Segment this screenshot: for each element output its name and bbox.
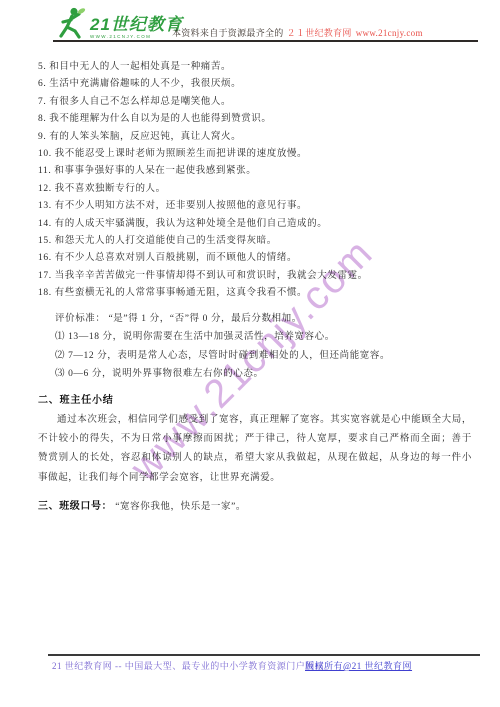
header-divider: [53, 40, 478, 42]
footer-divider: [48, 654, 480, 656]
question-item: 17. 当我辛辛苦苦做完一件事情却得不到认可和赏识时，我就会大发雷霆。: [38, 268, 472, 285]
runner-icon: [52, 5, 88, 41]
section3-row: 三、班级口号：“宽容你我他，快乐是一家”。: [38, 497, 472, 512]
evaluation-criterion: ⑴ 13—18 分，说明你需要在生活中加强灵活性，培养宽容心。: [55, 328, 472, 347]
evaluation-criterion: ⑶ 0—6 分，说明外界事物很难左右你的心态。: [55, 365, 472, 384]
brand-logo: 21世纪教育 WWW.21CNJY.COM: [52, 6, 183, 41]
question-item: 6. 生活中充满庸俗趣味的人不少，我很厌烦。: [38, 76, 472, 93]
evaluation-block: 评价标准： “是”得 1 分，“否”得 0 分，最后分数相加。 ⑴ 13—18 …: [38, 310, 472, 384]
footer-site-text: 21 世纪教育网 -- 中国最大型、最专业的中小学教育资源门户网站。: [52, 659, 334, 672]
question-item: 7. 有很多人自己不怎么样却总是嘲笑他人。: [38, 94, 472, 111]
question-item: 15. 和怨天尤人的人打交道能使自己的生活变得灰暗。: [38, 233, 472, 250]
section2-paragraph: 通过本次班会，相信同学们感受到了宽容，真正理解了宽容。其实宽容就是心中能顾全大局…: [38, 411, 472, 488]
question-item: 5. 和目中无人的人一起相处真是一种痛苦。: [38, 59, 472, 76]
question-item: 10. 我不能忍受上课时老师为照顾差生而把讲课的速度放慢。: [38, 146, 472, 163]
document-body: 5. 和目中无人的人一起相处真是一种痛苦。 6. 生活中充满庸俗趣味的人不少，我…: [38, 59, 472, 512]
class-slogan: “宽容你我他，快乐是一家”。: [115, 502, 246, 512]
evaluation-title: 评价标准： “是”得 1 分，“否”得 0 分，最后分数相加。: [55, 310, 472, 329]
question-item: 8. 我不能理解为什么自以为是的人也能得到赞赏识。: [38, 111, 472, 128]
question-item: 16. 有不少人总喜欢对别人百般挑剔，而不顾他人的情绪。: [38, 250, 472, 267]
question-item: 12. 我不喜欢独断专行的人。: [38, 181, 472, 198]
logo-tagline: WWW.21CNJY.COM: [90, 35, 183, 40]
question-item: 14. 有的人成天牢骚满腹，我认为这种处境全是他们自己造成的。: [38, 216, 472, 233]
document-page: 21世纪教育 WWW.21CNJY.COM 本资料来自于资源最齐全的２１世纪教育…: [0, 0, 500, 707]
question-item: 9. 有的人笨头笨脑，反应迟钝，真让人窝火。: [38, 129, 472, 146]
section3-heading: 三、班级口号：: [38, 501, 112, 512]
notice-url-link[interactable]: www.21cnjy.com: [356, 28, 423, 38]
notice-prefix: 本资料来自于资源最齐全的: [172, 28, 284, 38]
copyright-link[interactable]: 版权所有@21 世纪教育网: [305, 659, 412, 672]
header-notice: 本资料来自于资源最齐全的２１世纪教育网www.21cnjy.com: [172, 26, 423, 39]
notice-brand: ２１世纪教育网: [287, 28, 352, 38]
evaluation-criterion: ⑵ 7—12 分，表明是常人心态，尽管时时碰到难相处的人，但还尚能宽容。: [55, 347, 472, 366]
question-item: 11. 和事事争强好事的人呆在一起使我感到紧张。: [38, 163, 472, 180]
question-list: 5. 和目中无人的人一起相处真是一种痛苦。 6. 生活中充满庸俗趣味的人不少，我…: [38, 59, 472, 303]
logo-text: 21世纪教育 WWW.21CNJY.COM: [90, 16, 183, 42]
question-item: 13. 有不少人明知方法不对，还非要别人按照他的意见行事。: [38, 198, 472, 215]
question-item: 18. 有些蛮横无礼的人常常事事畅通无阻，这真令我看不惯。: [38, 285, 472, 302]
section2-heading: 二、班主任小结: [38, 391, 472, 406]
logo-brand-text: 21世纪教育: [90, 16, 183, 33]
